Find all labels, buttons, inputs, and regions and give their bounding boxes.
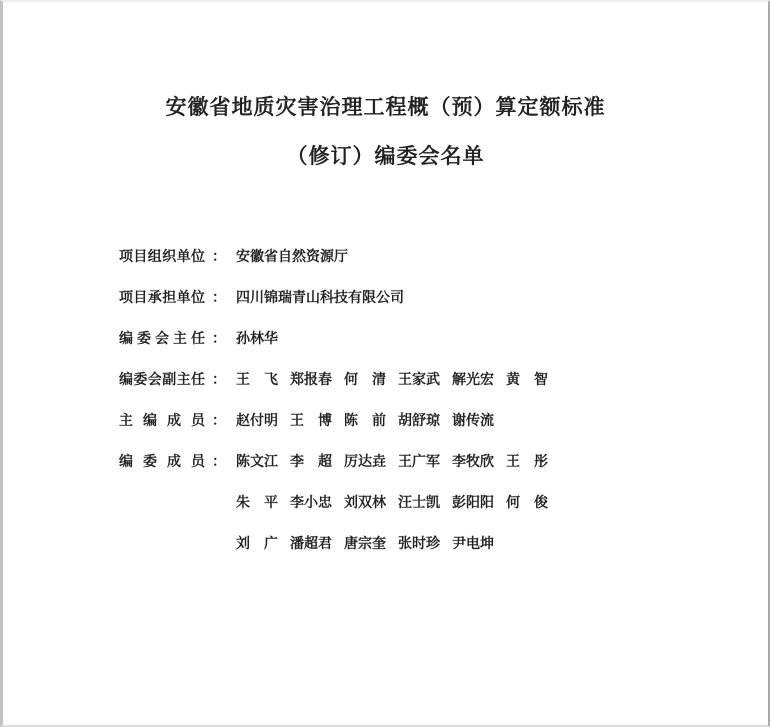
member-name: 刘双林 [344,493,386,512]
committee-row: 编委会副主任：王 飞郑报春何 清王家武解光宏黄 智 [119,370,768,389]
member-name: 胡舒琼 [398,411,440,430]
member-name: 彭阳阳 [452,493,494,512]
member-name: 唐宗奎 [344,534,386,553]
row-names: 赵付明王 博陈 前胡舒琼谢传流 [236,411,494,430]
row-label: 项目组织单位 [119,247,205,266]
member-name: 尹电坤 [452,534,494,553]
committee-row: 项目承担单位：四川锦瑞青山科技有限公司 [119,288,768,307]
member-name: 刘 广 [236,534,278,553]
row-names: 安徽省自然资源厅 [236,247,348,266]
row-names: 朱 平李小忠刘双林汪士凯彭阳阳何 俊 [236,493,548,512]
member-name: 厉达垚 [344,452,386,471]
member-name: 孙林华 [236,329,278,348]
member-name: 汪士凯 [398,493,440,512]
member-name: 王家武 [398,370,440,389]
member-name: 王 彤 [506,452,548,471]
row-colon: ： [212,411,226,430]
member-name: 王广军 [398,452,440,471]
row-names: 刘 广潘超君唐宗奎张时珍尹电坤 [236,534,494,553]
committee-list: 项目组织单位：安徽省自然资源厅项目承担单位：四川锦瑞青山科技有限公司编委会主任：… [119,247,768,553]
member-name: 解光宏 [452,370,494,389]
row-colon: ： [212,329,226,348]
committee-row: 主编成员：赵付明王 博陈 前胡舒琼谢传流 [119,411,768,430]
member-name: 陈文江 [236,452,278,471]
document-title-line2: （修订）编委会名单 [3,146,768,167]
row-colon: ： [212,247,226,266]
row-label: 主编成员 [119,411,205,430]
row-names: 孙林华 [236,329,278,348]
row-names: 陈文江李 超厉达垚王广军李牧欣王 彤 [236,452,548,471]
member-name: 李小忠 [290,493,332,512]
member-name: 黄 智 [506,370,548,389]
member-name: 安徽省自然资源厅 [236,247,348,266]
row-colon: ： [212,452,226,471]
document-page: 安徽省地质灾害治理工程概（预）算定额标准 （修订）编委会名单 项目组织单位：安徽… [0,0,770,727]
row-label: 项目承担单位 [119,288,205,307]
committee-row: ：朱 平李小忠刘双林汪士凯彭阳阳何 俊 [119,493,768,512]
row-names: 四川锦瑞青山科技有限公司 [236,288,404,307]
row-label: 编委会主任 [119,329,205,348]
member-name: 潘超君 [290,534,332,553]
row-label: 编委成员 [119,452,205,471]
member-name: 何 俊 [506,493,548,512]
member-name: 王 博 [290,411,332,430]
committee-row: ：刘 广潘超君唐宗奎张时珍尹电坤 [119,534,768,553]
member-name: 王 飞 [236,370,278,389]
row-label: 编委会副主任 [119,370,205,389]
member-name: 赵付明 [236,411,278,430]
member-name: 朱 平 [236,493,278,512]
member-name: 李牧欣 [452,452,494,471]
member-name: 张时珍 [398,534,440,553]
member-name: 四川锦瑞青山科技有限公司 [236,288,404,307]
member-name: 陈 前 [344,411,386,430]
row-colon: ： [212,370,226,389]
member-name: 郑报春 [290,370,332,389]
row-colon: ： [212,288,226,307]
member-name: 谢传流 [452,411,494,430]
row-names: 王 飞郑报春何 清王家武解光宏黄 智 [236,370,548,389]
document-title-line1: 安徽省地质灾害治理工程概（预）算定额标准 [3,2,768,118]
committee-row: 编委成员：陈文江李 超厉达垚王广军李牧欣王 彤 [119,452,768,471]
member-name: 何 清 [344,370,386,389]
committee-row: 编委会主任：孙林华 [119,329,768,348]
committee-row: 项目组织单位：安徽省自然资源厅 [119,247,768,266]
member-name: 李 超 [290,452,332,471]
